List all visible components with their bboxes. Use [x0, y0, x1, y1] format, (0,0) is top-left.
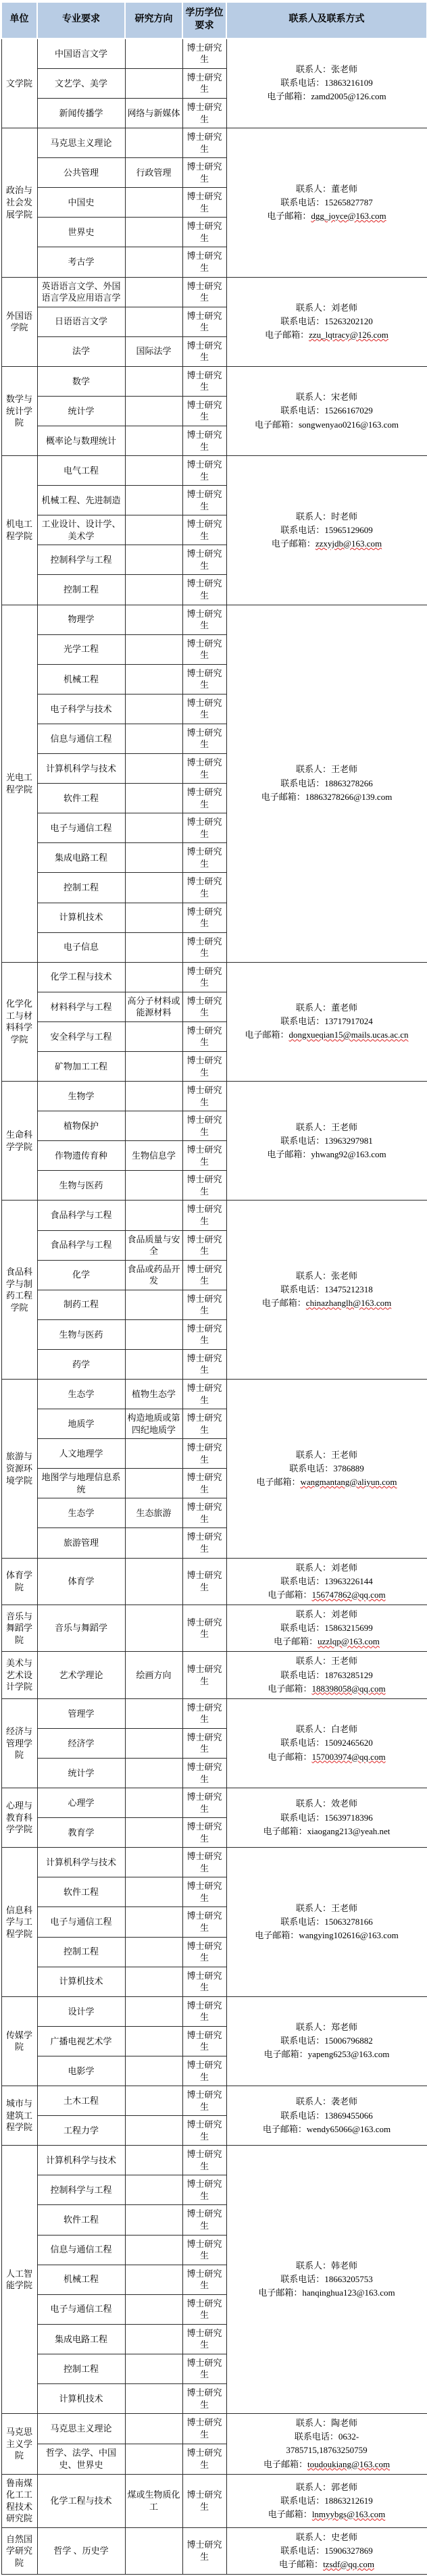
- contact-phone-line: 联系电话：13963226144: [229, 1575, 425, 1588]
- major-cell: 计算机科学与技术: [37, 754, 125, 784]
- direction-cell: [125, 2235, 182, 2265]
- major-cell: 植物保护: [37, 1111, 125, 1141]
- direction-cell: [125, 2116, 182, 2146]
- degree-cell: 博士研究生: [182, 1141, 226, 1171]
- table-row: 文学院中国语言文学博士研究生联系人：张老师联系电话：13863216109电子邮…: [1, 39, 427, 69]
- major-cell: 统计学: [37, 1759, 125, 1788]
- contact-phone-line-label: 联系电话：: [280, 78, 324, 88]
- contact-person-line-label: 联系人：: [296, 303, 331, 313]
- major-cell: 矿物加工工程: [37, 1051, 125, 1081]
- degree-cell: 博士研究生: [182, 754, 226, 784]
- degree-cell: 博士研究生: [182, 575, 226, 605]
- contact-email-line-label: 电子邮箱：: [255, 420, 299, 430]
- contact-phone-line-label: 联系电话：: [289, 1463, 333, 1473]
- direction-cell: [125, 1439, 182, 1469]
- direction-cell: [125, 2146, 182, 2175]
- direction-cell: [125, 932, 182, 962]
- contact-email-line: 电子邮箱：yhwang92@163.com: [229, 1148, 425, 1161]
- contact-person-line-value: 王老师: [331, 1122, 357, 1132]
- contact-person-line: 联系人：史老师: [229, 2531, 425, 2544]
- contact-phone-line-label: 联系电话：: [280, 525, 324, 535]
- direction-cell: 网络与新媒体: [125, 98, 182, 128]
- contact-email-line-label: 电子邮箱：: [263, 1826, 307, 1836]
- table-body: 文学院中国语言文学博士研究生联系人：张老师联系电话：13863216109电子邮…: [1, 39, 427, 2575]
- contact-person-line: 联系人：宋老师: [229, 390, 425, 404]
- contact-phone-line: 联系电话：15265827787: [229, 196, 425, 209]
- contact-cell: 联系人：刘老师联系电话：13963226144电子邮箱：156747862@qq…: [226, 1558, 427, 1605]
- major-cell: 计算机科学与技术: [37, 2146, 125, 2175]
- contact-person-line-label: 联系人：: [296, 392, 331, 402]
- direction-cell: [125, 1319, 182, 1349]
- contact-email-line-value: tzsdf@qq.com: [323, 2559, 374, 2569]
- contact-phone-line-value: 15092465620: [324, 1738, 373, 1748]
- contact-email-line-label: 电子邮箱：: [256, 1477, 300, 1487]
- major-cell: 中国史: [37, 188, 125, 218]
- major-cell: 化学: [37, 1260, 125, 1290]
- major-cell: 软件工程: [37, 2205, 125, 2235]
- contact-phone-line-label: 联系电话：: [280, 1670, 324, 1680]
- page: 单位 专业要求 研究方向 学历学位要求 联系人及联系方式 文学院中国语言文学博士…: [0, 0, 427, 2576]
- contact-person-line-label: 联系人：: [296, 1003, 331, 1013]
- contact-email-line-label: 电子邮箱：: [279, 2559, 323, 2569]
- table-row: 政治与社会发展学院马克思主义理论博士研究生联系人：董老师联系电话：1526582…: [1, 128, 427, 158]
- major-cell: 集成电路工程: [37, 2324, 125, 2354]
- degree-cell: 博士研究生: [182, 2026, 226, 2056]
- contact-cell: 联系人：张老师联系电话：13863216109电子邮箱：zamd2005@126…: [226, 39, 427, 128]
- degree-cell: 博士研究生: [182, 68, 226, 98]
- contact-email-line-label: 电子邮箱：: [261, 792, 305, 802]
- major-cell: 工程力学: [37, 2116, 125, 2146]
- direction-cell: [125, 218, 182, 247]
- major-cell: 艺术学理论: [37, 1652, 125, 1698]
- major-cell: 中国语言文学: [37, 39, 125, 69]
- contact-phone-line-value: 18863212619: [324, 2496, 373, 2506]
- degree-cell: 博士研究生: [182, 426, 226, 456]
- contact-email-line-label: 电子邮箱：: [263, 2124, 307, 2134]
- contact-phone-line-value: 13869455066: [324, 2111, 373, 2121]
- degree-cell: 博士研究生: [182, 456, 226, 486]
- contact-email-line-label: 电子邮箱：: [268, 2509, 312, 2519]
- unit-cell: 城市与建筑工程学院: [1, 2086, 37, 2146]
- contact-email-line: 电子邮箱：zamd2005@126.com: [229, 90, 425, 103]
- contact-email-line: 电子邮箱：dongxueqian15@mails.ucas.ac.cn: [229, 1028, 425, 1042]
- direction-cell: [125, 1907, 182, 1937]
- contact-phone-line-value: 13963297981: [324, 1136, 373, 1146]
- contact-email-line-value: wangmantang@aliyun.com: [300, 1477, 397, 1487]
- contact-email-line-value: dongxueqian15@mails.ucas.ac.cn: [289, 1030, 409, 1040]
- contact-phone-line-label: 联系电话：: [280, 1813, 324, 1823]
- contact-person-line: 联系人：刘老师: [229, 1561, 425, 1575]
- major-cell: 安全科学与工程: [37, 1021, 125, 1051]
- direction-cell: [125, 366, 182, 396]
- contact-person-line-value: 王老师: [331, 1450, 357, 1460]
- major-cell: 生物与医药: [37, 1171, 125, 1201]
- contact-email-line-label: 电子邮箱：: [258, 2288, 302, 2298]
- contact-phone-line-value: 18663205753: [324, 2274, 373, 2284]
- direction-cell: [125, 396, 182, 426]
- major-cell: 考古学: [37, 247, 125, 277]
- unit-cell: 音乐与舞蹈学院: [1, 1605, 37, 1651]
- contact-cell: 联系人：郭老师联系电话：18863212619电子邮箱：lnmyybgs@163…: [226, 2474, 427, 2527]
- table-row: 信息科学与工程学院计算机科学与技术博士研究生联系人：王老师联系电话：150632…: [1, 1848, 427, 1877]
- unit-cell: 自然国学研究院: [1, 2527, 37, 2574]
- contact-email-line-value: wendy65066@163.com: [307, 2124, 391, 2134]
- contact-cell: 联系人：宋老师联系电话：15266167029电子邮箱：songwenyao02…: [226, 366, 427, 455]
- contact-person-line-label: 联系人：: [296, 2418, 331, 2428]
- contact-person-line-label: 联系人：: [296, 184, 331, 194]
- contact-person-line-label: 联系人：: [296, 64, 331, 74]
- direction-cell: [125, 1171, 182, 1201]
- direction-cell: [125, 1082, 182, 1111]
- contact-person-line-label: 联系人：: [296, 1903, 331, 1913]
- contact-phone-line-value: 15265827787: [324, 197, 373, 207]
- contact-person-line-label: 联系人：: [296, 2532, 331, 2542]
- contact-phone-line: 联系电话：18863278266: [229, 777, 425, 790]
- degree-cell: 博士研究生: [182, 1605, 226, 1651]
- degree-cell: 博士研究生: [182, 1051, 226, 1081]
- contact-email-line: 电子邮箱：songwenyao0216@163.com: [229, 418, 425, 432]
- degree-cell: 博士研究生: [182, 1111, 226, 1141]
- contact-phone-line-label: 联系电话：: [280, 405, 324, 415]
- degree-cell: 博士研究生: [182, 1759, 226, 1788]
- major-cell: 电气工程: [37, 456, 125, 486]
- contact-person-line-value: 刘老师: [331, 303, 357, 313]
- table-header-row: 单位 专业要求 研究方向 学历学位要求 联系人及联系方式: [1, 2, 427, 39]
- major-cell: 教育学: [37, 1818, 125, 1848]
- degree-cell: 博士研究生: [182, 1201, 226, 1230]
- direction-cell: [125, 1996, 182, 2026]
- degree-cell: 博士研究生: [182, 366, 226, 396]
- direction-cell: 构造地质或第四纪地质学: [125, 1409, 182, 1439]
- contact-phone-line-label: 联系电话：: [280, 2546, 324, 2556]
- contact-person-line-label: 联系人：: [296, 1798, 331, 1809]
- contact-email-line-value: 18863278266@139.com: [305, 792, 393, 802]
- contact-person-line: 联系人：效老师: [229, 1797, 425, 1811]
- direction-cell: [125, 456, 182, 486]
- contact-email-line: 电子邮箱：toudoukiang@163.com: [229, 2458, 425, 2471]
- major-cell: 音乐与舞蹈学: [37, 1605, 125, 1651]
- degree-cell: 博士研究生: [182, 1907, 226, 1937]
- contact-cell: 联系人：时老师联系电话：15965129609电子邮箱：zzxyjdb@163.…: [226, 456, 427, 605]
- contact-person-line-label: 联系人：: [296, 2022, 331, 2032]
- direction-cell: [125, 1967, 182, 1996]
- contact-phone-line-value: 15965129609: [324, 525, 373, 535]
- contact-person-line-value: 宋老师: [331, 392, 357, 402]
- contact-email-line-value: uzzlqp@163.com: [318, 1636, 380, 1646]
- degree-cell: 博士研究生: [182, 724, 226, 753]
- contact-person-line-label: 联系人：: [296, 1271, 331, 1281]
- contact-cell: 联系人：王老师联系电话：18763285129电子邮箱：188398058@qq…: [226, 1652, 427, 1698]
- major-cell: 心理学: [37, 1788, 125, 1818]
- contact-phone-line-value: 18863278266: [324, 778, 373, 788]
- contact-person-line-label: 联系人：: [296, 1563, 331, 1573]
- contact-phone-line-value: 15263202120: [324, 316, 373, 326]
- recruitment-table: 单位 专业要求 研究方向 学历学位要求 联系人及联系方式 文学院中国语言文学博士…: [1, 1, 427, 2575]
- contact-person-line: 联系人：陶老师: [229, 2417, 425, 2430]
- major-cell: 控制工程: [37, 2354, 125, 2383]
- unit-cell: 马克思主义学院: [1, 2414, 37, 2475]
- contact-email-line-value: lnmyybgs@163.com: [312, 2509, 385, 2519]
- contact-email-line-label: 电子邮箱：: [255, 1930, 299, 1940]
- major-cell: 材料科学与工程: [37, 992, 125, 1021]
- direction-cell: [125, 1051, 182, 1081]
- major-cell: 生态学: [37, 1498, 125, 1528]
- contact-person-line: 联系人：王老师: [229, 1902, 425, 1915]
- degree-cell: 博士研究生: [182, 2265, 226, 2294]
- contact-person-line-label: 联系人：: [296, 2482, 331, 2492]
- major-cell: 电影学: [37, 2056, 125, 2086]
- direction-cell: [125, 1528, 182, 1558]
- direction-cell: [125, 188, 182, 218]
- degree-cell: 博士研究生: [182, 2324, 226, 2354]
- unit-cell: 鲁南煤化工工程技术研究院: [1, 2474, 37, 2527]
- table-row: 外国语学院英语语言文学、外国语言学及应用语言学博士研究生联系人：刘老师联系电话：…: [1, 277, 427, 307]
- contact-phone-line: 联系电话：13863216109: [229, 76, 425, 90]
- table-row: 旅游与资源环境学院生态学植物生态学博士研究生联系人：王老师联系电话：378688…: [1, 1380, 427, 1409]
- contact-phone-line-label: 联系电话：: [280, 2036, 324, 2046]
- major-cell: 生态学: [37, 1380, 125, 1409]
- contact-email-line: 电子邮箱：xiaogang213@yeah.net: [229, 1825, 425, 1838]
- direction-cell: [125, 813, 182, 843]
- contact-phone-line-label: 联系电话：: [280, 316, 324, 326]
- major-cell: 哲学、法学、中国史、世界史: [37, 2444, 125, 2474]
- unit-cell: 旅游与资源环境学院: [1, 1380, 37, 1559]
- direction-cell: [125, 2026, 182, 2056]
- table-row: 机电工程学院电气工程博士研究生联系人：时老师联系电话：15965129609电子…: [1, 456, 427, 486]
- contact-cell: 联系人：史老师联系电话：15906327869电子邮箱：tzsdf@qq.com: [226, 2527, 427, 2574]
- contact-person-line-label: 联系人：: [296, 1656, 331, 1666]
- major-cell: 体育学: [37, 1558, 125, 1605]
- unit-cell: 心理与教育科学学院: [1, 1788, 37, 1848]
- contact-email-line: 电子邮箱：18863278266@139.com: [229, 790, 425, 804]
- major-cell: 控制科学与工程: [37, 2175, 125, 2205]
- major-cell: 马克思主义理论: [37, 128, 125, 158]
- contact-cell: 联系人：董老师联系电话：13717917024电子邮箱：dongxueqian1…: [226, 962, 427, 1081]
- degree-cell: 博士研究生: [182, 1937, 226, 1967]
- degree-cell: 博士研究生: [182, 515, 226, 545]
- major-cell: 控制工程: [37, 575, 125, 605]
- degree-cell: 博士研究生: [182, 277, 226, 307]
- degree-cell: 博士研究生: [182, 128, 226, 158]
- table-row: 传媒学院设计学博士研究生联系人：郑老师联系电话：15006796882电子邮箱：…: [1, 1996, 427, 2026]
- major-cell: 控制工程: [37, 873, 125, 903]
- contact-email-line: 电子邮箱：156747862@qq.com: [229, 1588, 425, 1602]
- direction-cell: [125, 634, 182, 664]
- contact-phone-line: 联系电话：18763285129: [229, 1669, 425, 1682]
- degree-cell: 博士研究生: [182, 873, 226, 903]
- contact-phone-line: 联系电话：15906327869: [229, 2544, 425, 2558]
- table-row: 音乐与舞蹈学院音乐与舞蹈学博士研究生联系人：刘老师联系电话：1586321569…: [1, 1605, 427, 1651]
- degree-cell: 博士研究生: [182, 2474, 226, 2527]
- direction-cell: [125, 1558, 182, 1605]
- unit-cell: 政治与社会发展学院: [1, 128, 37, 277]
- unit-cell: 体育学院: [1, 1558, 37, 1605]
- table-row: 心理与教育科学学院心理学博士研究生联系人：效老师联系电话：15639718396…: [1, 1788, 427, 1818]
- contact-person-line-value: 王老师: [331, 1656, 357, 1666]
- contact-person-line: 联系人：袭老师: [229, 2095, 425, 2108]
- direction-cell: [125, 486, 182, 515]
- unit-cell: 经济与管理学院: [1, 1698, 37, 1788]
- degree-cell: 博士研究生: [182, 2056, 226, 2086]
- major-cell: 信息与通信工程: [37, 724, 125, 753]
- header-cell-degree: 学历学位要求: [182, 2, 226, 39]
- major-cell: 物理学: [37, 605, 125, 634]
- major-cell: 计算机技术: [37, 1967, 125, 1996]
- degree-cell: 博士研究生: [182, 1967, 226, 1996]
- major-cell: 人文地理学: [37, 1439, 125, 1469]
- major-cell: 管理学: [37, 1698, 125, 1728]
- major-cell: 食品科学与工程: [37, 1201, 125, 1230]
- direction-cell: [125, 2265, 182, 2294]
- degree-cell: 博士研究生: [182, 2116, 226, 2146]
- direction-cell: [125, 1788, 182, 1818]
- degree-cell: 博士研究生: [182, 2205, 226, 2235]
- major-cell: 控制工程: [37, 1937, 125, 1967]
- degree-cell: 博士研究生: [182, 2444, 226, 2474]
- direction-cell: [125, 605, 182, 634]
- contact-email-line-label: 电子邮箱：: [267, 91, 311, 101]
- contact-person-line: 联系人：张老师: [229, 1269, 425, 1283]
- contact-cell: 联系人：王老师联系电话：15063278166电子邮箱：wangying1026…: [226, 1848, 427, 1996]
- contact-email-line: 电子邮箱：157003974@qq.com: [229, 1750, 425, 1764]
- direction-cell: [125, 903, 182, 932]
- contact-person-line: 联系人：董老师: [229, 182, 425, 196]
- contact-email-line-value: 156747862@qq.com: [311, 1590, 385, 1600]
- contact-person-line-label: 联系人：: [296, 1609, 331, 1619]
- degree-cell: 博士研究生: [182, 247, 226, 277]
- contact-phone-line: 联系电话：15639718396: [229, 1811, 425, 1825]
- contact-email-line-label: 电子邮箱：: [267, 1149, 311, 1159]
- degree-cell: 博士研究生: [182, 2354, 226, 2383]
- direction-cell: [125, 1877, 182, 1907]
- direction-cell: [125, 2354, 182, 2383]
- direction-cell: [125, 2383, 182, 2413]
- contact-email-line-value: toudoukiang@163.com: [307, 2459, 390, 2469]
- contact-cell: 联系人：郑老师联系电话：15006796882电子邮箱：yapeng6253@1…: [226, 1996, 427, 2086]
- major-cell: 新闻传播学: [37, 98, 125, 128]
- contact-email-line-label: 电子邮箱：: [263, 2459, 307, 2469]
- major-cell: 日语语言文学: [37, 307, 125, 336]
- direction-cell: [125, 1290, 182, 1319]
- contact-phone-line-value: 15863215699: [324, 1623, 373, 1633]
- contact-email-line-label: 电子邮箱：: [245, 1030, 289, 1040]
- direction-cell: 生物信息学: [125, 1141, 182, 1171]
- contact-phone-line: 联系电话：0632- 3785715,18763250759: [229, 2430, 425, 2457]
- table-row: 鲁南煤化工工程技术研究院化学工程与技术煤或生物质化工博士研究生联系人：郭老师联系…: [1, 2474, 427, 2527]
- major-cell: 英语语言文学、外国语言学及应用语言学: [37, 277, 125, 307]
- major-cell: 马克思主义理论: [37, 2414, 125, 2444]
- direction-cell: [125, 2294, 182, 2324]
- degree-cell: 博士研究生: [182, 694, 226, 724]
- contact-person-line-value: 张老师: [331, 64, 357, 74]
- major-cell: 光学工程: [37, 634, 125, 664]
- direction-cell: [125, 843, 182, 873]
- contact-person-line-value: 董老师: [331, 184, 357, 194]
- contact-person-line-label: 联系人：: [296, 1122, 331, 1132]
- major-cell: 哲学 、历史学: [37, 2527, 125, 2574]
- contact-cell: 联系人：张老师联系电话：13475212318电子邮箱：chinazhanglh…: [226, 1201, 427, 1380]
- contact-email-line-label: 电子邮箱：: [272, 538, 316, 549]
- contact-email-line-label: 电子邮箱：: [268, 1590, 311, 1600]
- major-cell: 生物与医药: [37, 1319, 125, 1349]
- direction-cell: [125, 128, 182, 158]
- major-cell: 机械工程: [37, 2265, 125, 2294]
- contact-email-line: 电子邮箱：wendy65066@163.com: [229, 2123, 425, 2136]
- direction-cell: [125, 754, 182, 784]
- table-row: 体育学院体育学博士研究生联系人：刘老师联系电话：13963226144电子邮箱：…: [1, 1558, 427, 1605]
- table-row: 生命科学学院生物学博士研究生联系人：王老师联系电话：13963297981电子邮…: [1, 1082, 427, 1111]
- direction-cell: [125, 1349, 182, 1379]
- contact-email-line-value: zamd2005@126.com: [311, 91, 386, 101]
- table-row: 数学与统计学院数学博士研究生联系人：宋老师联系电话：15266167029电子邮…: [1, 366, 427, 396]
- direction-cell: [125, 2205, 182, 2235]
- contact-email-line-value: yapeng6253@163.com: [308, 2049, 390, 2059]
- direction-cell: [125, 2056, 182, 2086]
- contact-phone-line-value: 15639718396: [324, 1813, 373, 1823]
- major-cell: 概率论与数理统计: [37, 426, 125, 456]
- contact-person-line-value: 时老师: [331, 511, 357, 522]
- direction-cell: [125, 2324, 182, 2354]
- direction-cell: [125, 426, 182, 456]
- degree-cell: 博士研究生: [182, 98, 226, 128]
- contact-phone-line-value: 18763285129: [324, 1670, 373, 1680]
- degree-cell: 博士研究生: [182, 932, 226, 962]
- major-cell: 设计学: [37, 1996, 125, 2026]
- degree-cell: 博士研究生: [182, 1171, 226, 1201]
- contact-email-line-value: dgg_joyce@163.com: [311, 211, 386, 221]
- direction-cell: 高分子材料或能源材料: [125, 992, 182, 1021]
- major-cell: 机械工程、先进制造: [37, 486, 125, 515]
- major-cell: 生物学: [37, 1082, 125, 1111]
- direction-cell: [125, 873, 182, 903]
- contact-email-line: 电子邮箱：zzu_lqtracy@126.com: [229, 328, 425, 342]
- degree-cell: 博士研究生: [182, 634, 226, 664]
- degree-cell: 博士研究生: [182, 664, 226, 694]
- direction-cell: [125, 1469, 182, 1498]
- degree-cell: 博士研究生: [182, 39, 226, 69]
- contact-person-line-value: 陶老师: [331, 2418, 357, 2428]
- contact-phone-line: 联系电话：15266167029: [229, 404, 425, 418]
- degree-cell: 博士研究生: [182, 307, 226, 336]
- table-row: 美术与艺术设计学院艺术学理论绘画方向博士研究生联系人：王老师联系电话：18763…: [1, 1652, 427, 1698]
- direction-cell: [125, 1698, 182, 1728]
- major-cell: 机械工程: [37, 664, 125, 694]
- degree-cell: 博士研究生: [182, 1260, 226, 1290]
- contact-email-line-value: yhwang92@163.com: [311, 1149, 386, 1159]
- contact-phone-line: 联系电话：15965129609: [229, 524, 425, 537]
- direction-cell: [125, 515, 182, 545]
- contact-phone-line: 联系电话：18863212619: [229, 2494, 425, 2508]
- direction-cell: [125, 1937, 182, 1967]
- major-cell: 旅游管理: [37, 1528, 125, 1558]
- degree-cell: 博士研究生: [182, 962, 226, 992]
- contact-email-line: 电子邮箱：wangying102616@163.com: [229, 1929, 425, 1942]
- contact-person-line-value: 刘老师: [331, 1563, 357, 1573]
- major-cell: 信息与通信工程: [37, 2235, 125, 2265]
- contact-email-line: 电子邮箱：hanqinghua123@163.com: [229, 2286, 425, 2300]
- degree-cell: 博士研究生: [182, 1788, 226, 1818]
- direction-cell: [125, 1021, 182, 1051]
- unit-cell: 生命科学学院: [1, 1082, 37, 1201]
- table-row: 人工智能学院计算机科学与技术博士研究生联系人：韩老师联系电话：186632057…: [1, 2146, 427, 2175]
- major-cell: 控制科学与工程: [37, 545, 125, 575]
- degree-cell: 博士研究生: [182, 545, 226, 575]
- contact-cell: 联系人：王老师联系电话：18863278266电子邮箱：18863278266@…: [226, 605, 427, 962]
- direction-cell: [125, 2414, 182, 2444]
- direction-cell: [125, 39, 182, 69]
- contact-email-line: 电子邮箱：dgg_joyce@163.com: [229, 209, 425, 223]
- contact-email-line-label: 电子邮箱：: [274, 1636, 318, 1646]
